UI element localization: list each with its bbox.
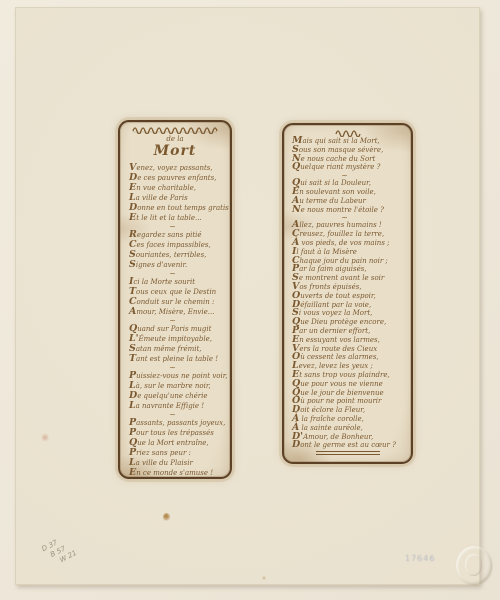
verse-line: La ville du Plaisir [129,458,230,468]
verse-line: Que pour vous ne vienne [292,380,411,389]
right-verse-stanzas: Mais qui sait si la Mort,Sous son masque… [284,137,411,450]
verse-stanza: Ici la Morte souritTous ceux que le Dest… [129,277,230,317]
verse-line: Où cessent les alarmes, [292,353,411,362]
verse-line: Quand sur Paris mugit [129,324,230,334]
verse-line: Au terme du Labeur [292,197,411,206]
right-verse-plate: Mais qui sait si la Mort,Sous son masque… [282,123,413,464]
stanza-separator: ~ [129,364,230,371]
verse-line: Que la Mort entraîne, [129,438,230,448]
verse-line: En essuyant vos larmes, [292,336,411,345]
verse-line: En ce monde s'amuse ! [129,468,230,478]
verse-line: Doit éclore la Fleur, [292,406,411,415]
artist-signature: C. Meryon ft. — del. et sc.R. Nve St. Ét… [120,478,230,479]
verse-line: Là, sur le marbre noir, [129,381,230,391]
verse-line: Ici la Morte sourit [129,277,230,287]
print-sheet: de la Mort Venez, voyez passants,De ces … [15,7,480,585]
inscription-line: C. Meryon ft. — del. et sc. [130,478,230,479]
verse-line: À vos pieds, de vos mains ; [292,239,411,248]
verse-line: À la sainte auréole, [292,424,411,433]
verse-line: Passants, passants joyeux, [129,418,230,428]
verse-line: Ne nous montre l'étoile ? [292,206,411,215]
verse-line: En vue charitable, [129,183,230,193]
verse-line: Et sans trop vous plaindre, [292,371,411,380]
stanza-separator: ~ [129,411,230,418]
verse-line: L'Émeute impitoyable, [129,334,230,344]
stanza-separator: ~ [129,317,230,324]
verse-line: Se montrent avant le soir [292,274,411,283]
stanza-separator: ~ [129,270,230,277]
stanza-separator: ~ [129,223,230,230]
verse-line: Que le jour de bienvenue [292,389,411,398]
verse-line: Sous son masque sévère, [292,146,411,155]
panel-title: Mort [120,144,230,159]
pencil-inventory-inscription: D 37B 57W 21 [40,533,78,570]
verse-line: Dont le germe est au cœur ? [292,441,411,450]
left-verse-stanzas: Venez, voyez passants,De ces pauvres enf… [120,163,230,478]
verse-line: Signes d'avenir. [129,260,230,270]
verse-line: À la fraîche corolle, [292,415,411,424]
scrollwork-band-icon [131,125,219,134]
verse-line: Et le lit et la table... [129,213,230,223]
closing-double-rule [316,451,380,455]
verse-line: Satan même frémit, [129,344,230,354]
verse-stanza: Mais qui sait si la Mort,Sous son masque… [292,137,411,172]
verse-line: Il faut à la Misère [292,248,411,257]
mat-board: { "separator_glyph": "~", "artwork": { "… [0,0,500,600]
verse-line: Souriantes, terribles, [129,250,230,260]
verse-line: Levez, levez les yeux ; [292,362,411,371]
verse-line: Regardez sans pitié [129,230,230,240]
verse-line: Ouverts de tout espoir, [292,292,411,301]
verse-stanza: Allez, pauvres humains !Creusez, fouille… [292,221,411,450]
foxing-spot [163,513,170,521]
verse-stanza: Venez, voyez passants,De ces pauvres enf… [129,163,230,223]
verse-line: Mais qui sait si la Mort, [292,137,411,146]
verse-line: Vers la route des Cieux [292,345,411,354]
verse-stanza: Puissiez-vous ne point voir,Là, sur le m… [129,371,230,411]
verse-line: Où pour ne point mourir [292,397,411,406]
verse-line: Allez, pauvres humains ! [292,221,411,230]
verse-line: Donne en tout temps gratis [129,203,230,213]
verse-line: Conduit sur le chemin : [129,297,230,307]
verse-stanza: Passants, passants joyeux,Pour tous les … [129,418,230,478]
verse-line: D'Amour, de Bonheur, [292,433,411,442]
verse-line: Par un dernier effort, [292,327,411,336]
verse-line: En soulevant son voile, [292,188,411,197]
verse-line: Vos fronts épuisés, [292,283,411,292]
verse-line: Pour tous les trépassés [129,428,230,438]
verse-line: Qui sait si la Douleur, [292,179,411,188]
verse-line: De ces pauvres enfants, [129,173,230,183]
small-scroll-icon [334,128,362,137]
verse-line: Que Dieu protège encore, [292,318,411,327]
verse-line: De quelqu'une chérie [129,391,230,401]
verse-stanza: Regardez sans pitiéCes faces impassibles… [129,230,230,270]
verse-line: La ville de Paris [129,193,230,203]
verse-line: Quelque riant mystère ? [292,163,411,172]
verse-line: Puissiez-vous ne point voir, [129,371,230,381]
verse-line: Creusez, fouillez la terre, [292,230,411,239]
verse-line: Tous ceux que le Destin [129,287,230,297]
scrollwork-ornament [120,125,230,134]
blind-stamp [456,546,492,585]
verse-stanza: Quand sur Paris mugitL'Émeute impitoyabl… [129,324,230,364]
blind-stamp-figure [465,554,482,576]
verse-line: Priez sans peur : [129,448,230,458]
verse-line: Par la faim aiguisés, [292,265,411,274]
left-verse-plate: de la Mort Venez, voyez passants,De ces … [118,120,232,479]
verse-line: La navrante Effigie ! [129,401,230,411]
red-mark [41,433,49,442]
verse-line: Venez, voyez passants, [129,163,230,173]
blue-crayon-number: 17646 [405,554,435,563]
verse-line: Ces faces impassibles, [129,240,230,250]
verse-line: Si vous voyez la Mort, [292,309,411,318]
foxing-spot [262,576,266,580]
small-scroll-ornament [284,128,411,137]
verse-line: Amour, Misère, Envie... [129,307,230,317]
verse-line: Tant est pleine la table ! [129,354,230,364]
verse-stanza: Qui sait si la Douleur,En soulevant son … [292,179,411,214]
